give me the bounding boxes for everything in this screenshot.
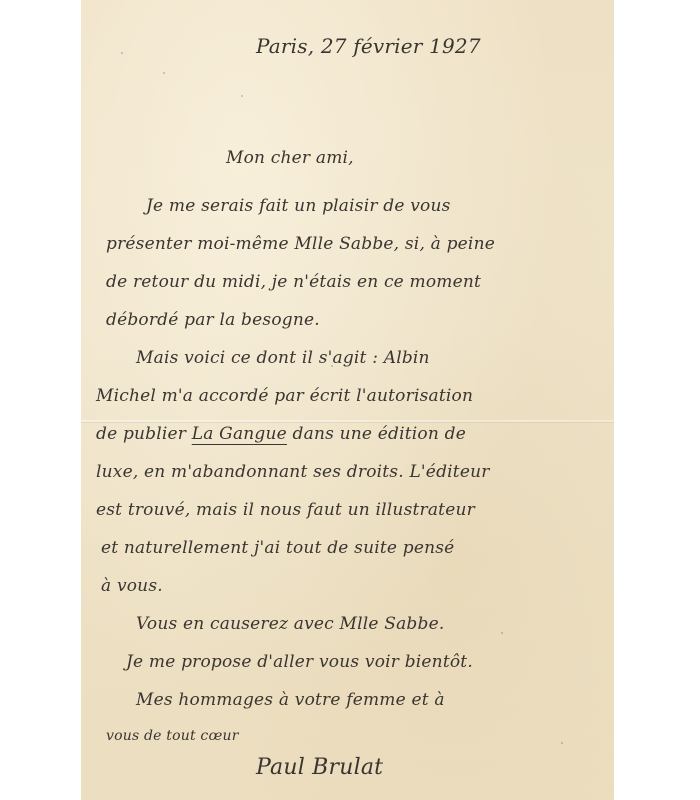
letter-paper: Paris, 27 février 1927 Mon cher ami, Je … (81, 0, 614, 800)
letter-line: de publier La Gangue dans une édition de (96, 424, 466, 444)
letter-closing: vous de tout cœur (106, 728, 239, 744)
letter-salutation: Mon cher ami, (226, 148, 354, 168)
paper-fold-crease (81, 420, 614, 422)
letter-date: Paris, 27 février 1927 (256, 34, 481, 58)
letter-line: Mais voici ce dont il s'agit : Albin (136, 348, 430, 368)
paper-speck (561, 742, 563, 744)
letter-line: Michel m'a accordé par écrit l'autorisat… (96, 386, 473, 406)
paper-speck (501, 632, 503, 634)
letter-line: présenter moi-même Mlle Sabbe, si, à pei… (106, 234, 495, 254)
letter-line: Mes hommages à votre femme et à (136, 690, 445, 710)
letter-line: débordé par la besogne. (106, 310, 320, 330)
paper-speck (163, 72, 165, 74)
letter-signature: Paul Brulat (256, 755, 383, 780)
letter-line: Vous en causerez avec Mlle Sabbe. (136, 614, 444, 634)
letter-text: de publier (96, 424, 186, 444)
letter-text: dans une édition de (293, 424, 466, 444)
letter-line: est trouvé, mais il nous faut un illustr… (96, 500, 475, 520)
book-title: La Gangue (192, 424, 287, 444)
letter-line: et naturellement j'ai tout de suite pens… (101, 538, 454, 558)
letter-line: Je me propose d'aller vous voir bientôt. (126, 652, 473, 672)
letter-line: à vous. (101, 576, 163, 596)
letter-line: luxe, en m'abandonnant ses droits. L'édi… (96, 462, 490, 482)
paper-speck (121, 52, 123, 54)
paper-speck (241, 95, 243, 97)
letter-line: de retour du midi, je n'étais en ce mome… (106, 272, 481, 292)
letter-line: Je me serais fait un plaisir de vous (146, 196, 451, 216)
